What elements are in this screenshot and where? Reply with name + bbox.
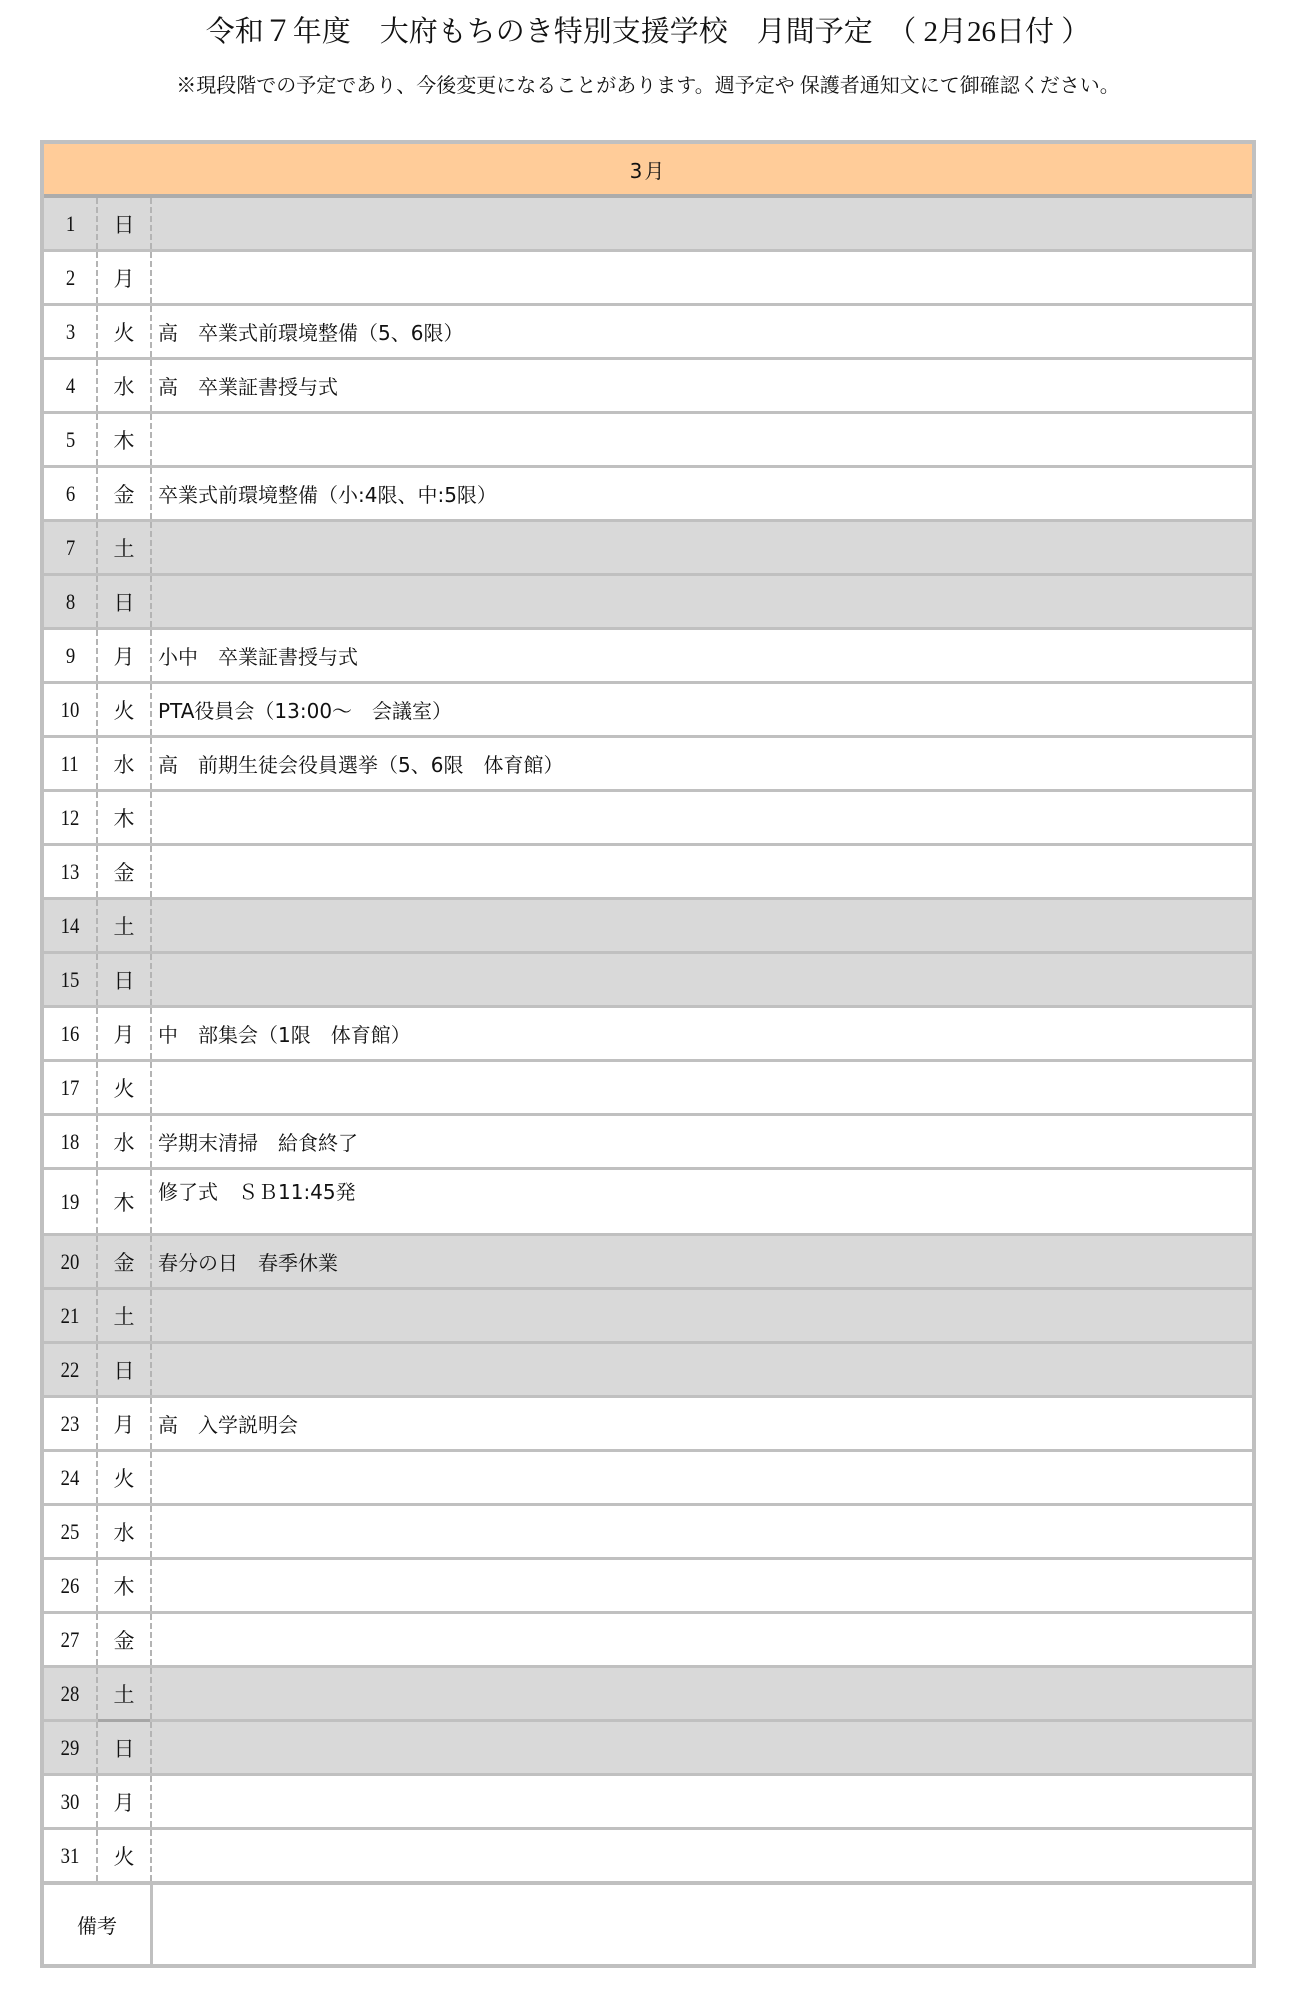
- disclaimer-note: ※現段階での予定であり、今後変更になることがあります。週予定や 保護者通知文にて…: [0, 70, 1296, 102]
- event-cell: [152, 1614, 1252, 1665]
- remarks-row: 備考: [44, 1885, 1252, 1964]
- weekday-cell: 日: [98, 576, 152, 627]
- table-row: 19 木 修了式 ＳＢ11:45発: [44, 1170, 1252, 1236]
- table-row: 29 日: [44, 1722, 1252, 1776]
- date-cell: 27: [44, 1614, 98, 1665]
- event-cell: 高 前期生徒会役員選挙（5、6限 体育館）: [152, 738, 1252, 789]
- event-cell: [152, 1830, 1252, 1881]
- table-row: 20 金 春分の日 春季休業: [44, 1236, 1252, 1290]
- weekday-cell: 月: [98, 630, 152, 681]
- event-cell: [152, 954, 1252, 1005]
- table-row: 1 日: [44, 198, 1252, 252]
- weekday-cell: 土: [98, 900, 152, 951]
- weekday-cell: 月: [98, 1008, 152, 1059]
- table-row: 10 火 PTA役員会（13:00～ 会議室）: [44, 684, 1252, 738]
- date-cell: 2: [44, 252, 98, 303]
- event-cell: PTA役員会（13:00～ 会議室）: [152, 684, 1252, 735]
- weekday-cell: 月: [98, 252, 152, 303]
- date-cell: 31: [44, 1830, 98, 1881]
- weekday-cell: 木: [98, 1170, 152, 1233]
- table-row: 15 日: [44, 954, 1252, 1008]
- date-cell: 3: [44, 306, 98, 357]
- date-cell: 20: [44, 1236, 98, 1287]
- date-cell: 23: [44, 1398, 98, 1449]
- weekday-cell: 月: [98, 1398, 152, 1449]
- event-cell: [152, 414, 1252, 465]
- table-row: 11 水 高 前期生徒会役員選挙（5、6限 体育館）: [44, 738, 1252, 792]
- date-cell: 21: [44, 1290, 98, 1341]
- month-label: 3月: [630, 155, 667, 184]
- table-row: 14 土: [44, 900, 1252, 954]
- event-cell: 修了式 ＳＢ11:45発: [152, 1170, 1252, 1233]
- weekday-cell: 金: [98, 1236, 152, 1287]
- weekday-cell: 金: [98, 1614, 152, 1665]
- table-row: 6 金 卒業式前環境整備（小:4限、中:5限）: [44, 468, 1252, 522]
- event-cell: [152, 1506, 1252, 1557]
- event-cell: [152, 1290, 1252, 1341]
- table-row: 28 土: [44, 1668, 1252, 1722]
- event-cell: 高 入学説明会: [152, 1398, 1252, 1449]
- event-cell: 学期末清掃 給食終了: [152, 1116, 1252, 1167]
- event-cell: 小中 卒業証書授与式: [152, 630, 1252, 681]
- event-cell: [152, 1344, 1252, 1395]
- table-row: 4 水 高 卒業証書授与式: [44, 360, 1252, 414]
- weekday-cell: 土: [98, 522, 152, 573]
- event-cell: [152, 1062, 1252, 1113]
- table-row: 2 月: [44, 252, 1252, 306]
- weekday-cell: 土: [98, 1668, 152, 1719]
- table-row: 26 木: [44, 1560, 1252, 1614]
- date-cell: 6: [44, 468, 98, 519]
- weekday-cell: 木: [98, 792, 152, 843]
- remarks-label: 備考: [44, 1885, 153, 1964]
- event-cell: 卒業式前環境整備（小:4限、中:5限）: [152, 468, 1252, 519]
- month-header: 3月: [44, 144, 1252, 198]
- table-row: 22 日: [44, 1344, 1252, 1398]
- weekday-cell: 火: [98, 684, 152, 735]
- page-title: 令和７年度 大府もちのき特別支援学校 月間予定 （ 2月26日付 ）: [0, 12, 1296, 52]
- event-cell: [152, 576, 1252, 627]
- weekday-cell: 日: [98, 1344, 152, 1395]
- date-cell: 22: [44, 1344, 98, 1395]
- date-cell: 10: [44, 684, 98, 735]
- weekday-cell: 火: [98, 306, 152, 357]
- table-row: 3 火 高 卒業式前環境整備（5、6限）: [44, 306, 1252, 360]
- date-cell: 5: [44, 414, 98, 465]
- date-cell: 9: [44, 630, 98, 681]
- table-row: 5 木: [44, 414, 1252, 468]
- monthly-schedule-table: 3月 1 日 2 月 3 火 高 卒業式前環境整備（5、6限） 4 水 高 卒業…: [40, 140, 1256, 1968]
- date-cell: 8: [44, 576, 98, 627]
- table-row: 27 金: [44, 1614, 1252, 1668]
- event-cell: 高 卒業式前環境整備（5、6限）: [152, 306, 1252, 357]
- date-cell: 13: [44, 846, 98, 897]
- weekday-cell: 火: [98, 1452, 152, 1503]
- table-row: 25 水: [44, 1506, 1252, 1560]
- date-cell: 11: [44, 738, 98, 789]
- weekday-cell: 木: [98, 1560, 152, 1611]
- event-cell: [152, 1452, 1252, 1503]
- table-row: 31 火: [44, 1830, 1252, 1885]
- weekday-cell: 木: [98, 414, 152, 465]
- weekday-cell: 水: [98, 738, 152, 789]
- date-cell: 1: [44, 198, 98, 249]
- event-cell: [152, 198, 1252, 249]
- date-cell: 18: [44, 1116, 98, 1167]
- weekday-cell: 日: [98, 198, 152, 249]
- date-cell: 26: [44, 1560, 98, 1611]
- table-row: 23 月 高 入学説明会: [44, 1398, 1252, 1452]
- weekday-cell: 火: [98, 1062, 152, 1113]
- weekday-cell: 月: [98, 1776, 152, 1827]
- table-row: 21 土: [44, 1290, 1252, 1344]
- date-cell: 14: [44, 900, 98, 951]
- table-row: 17 火: [44, 1062, 1252, 1116]
- date-cell: 25: [44, 1506, 98, 1557]
- date-cell: 24: [44, 1452, 98, 1503]
- weekday-cell: 土: [98, 1290, 152, 1341]
- event-cell: 中 部集会（1限 体育館）: [152, 1008, 1252, 1059]
- date-cell: 29: [44, 1722, 98, 1773]
- weekday-cell: 日: [98, 954, 152, 1005]
- table-row: 18 水 学期末清掃 給食終了: [44, 1116, 1252, 1170]
- event-cell: [152, 1560, 1252, 1611]
- date-cell: 16: [44, 1008, 98, 1059]
- date-cell: 4: [44, 360, 98, 411]
- date-cell: 28: [44, 1668, 98, 1719]
- table-row: 9 月 小中 卒業証書授与式: [44, 630, 1252, 684]
- event-cell: [152, 792, 1252, 843]
- date-cell: 12: [44, 792, 98, 843]
- date-cell: 15: [44, 954, 98, 1005]
- date-cell: 19: [44, 1170, 98, 1233]
- event-cell: [152, 1722, 1252, 1773]
- date-cell: 7: [44, 522, 98, 573]
- weekday-cell: 水: [98, 360, 152, 411]
- event-cell: [152, 252, 1252, 303]
- event-cell: 高 卒業証書授与式: [152, 360, 1252, 411]
- event-cell: [152, 1668, 1252, 1719]
- weekday-cell: 日: [98, 1722, 152, 1773]
- table-row: 7 土: [44, 522, 1252, 576]
- table-row: 12 木: [44, 792, 1252, 846]
- event-cell: [152, 900, 1252, 951]
- date-cell: 17: [44, 1062, 98, 1113]
- table-row: 24 火: [44, 1452, 1252, 1506]
- table-row: 16 月 中 部集会（1限 体育館）: [44, 1008, 1252, 1062]
- event-cell: [152, 522, 1252, 573]
- weekday-cell: 水: [98, 1506, 152, 1557]
- remarks-content: [153, 1885, 1252, 1964]
- table-row: 13 金: [44, 846, 1252, 900]
- event-cell: 春分の日 春季休業: [152, 1236, 1252, 1287]
- event-cell: [152, 846, 1252, 897]
- weekday-cell: 火: [98, 1830, 152, 1881]
- table-row: 30 月: [44, 1776, 1252, 1830]
- weekday-cell: 金: [98, 468, 152, 519]
- date-cell: 30: [44, 1776, 98, 1827]
- table-row: 8 日: [44, 576, 1252, 630]
- weekday-cell: 水: [98, 1116, 152, 1167]
- event-cell: [152, 1776, 1252, 1827]
- weekday-cell: 金: [98, 846, 152, 897]
